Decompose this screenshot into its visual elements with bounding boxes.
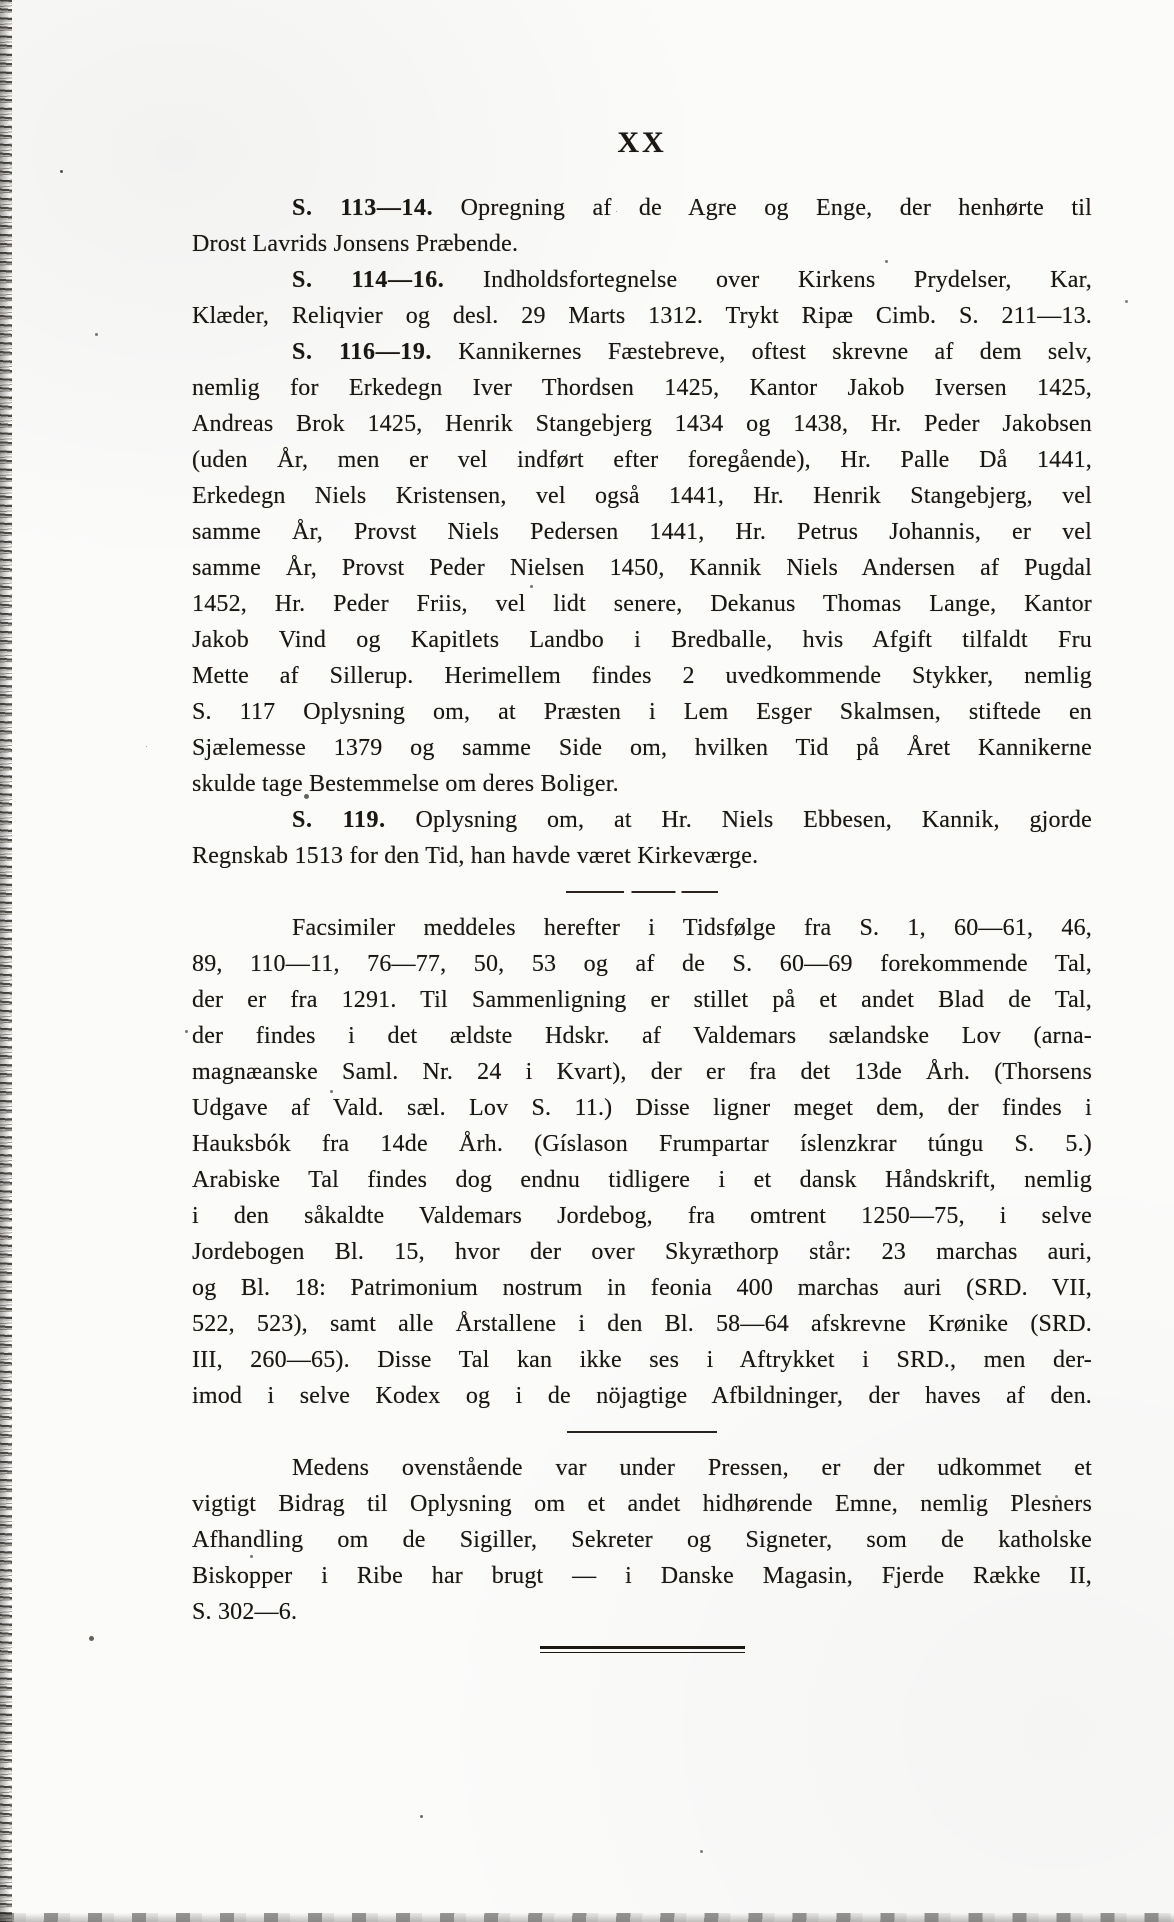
page-content: S. 113—14. Opregning af de Agre og Enge,… [192,190,1092,1653]
text-line: skulde tage Bestemmelse om deres Boliger… [192,766,1092,802]
text-line: Erkedegn Niels Kristensen, vel også 1441… [192,478,1092,514]
text-line: samme År, Provst Niels Pedersen 1441, Hr… [192,514,1092,550]
text-line: vigtigt Bidrag til Oplysning om et andet… [192,1486,1092,1522]
scanned-book-page: { "page": { "header": "XX", "sections": … [0,0,1174,1922]
text-run: Kannikernes Fæstebreve, oftest skrevne a… [432,339,1092,365]
text-line: Udgave af Vald. sæl. Lov S. 11.) Disse l… [192,1090,1092,1126]
scan-speck-artifacts [60,170,63,173]
text-run: Oplysning om, at Hr. Niels Ebbesen, Kann… [386,807,1092,833]
section-summaries: S. 113—14. Opregning af de Agre og Enge,… [192,190,1092,874]
paragraph: S. 114—16. Indholdsfortegnelse over Kirk… [192,262,1092,334]
divider-rule-1 [566,891,718,893]
end-double-rule [540,1646,745,1653]
text-line: magnæanske Saml. Nr. 24 i Kvart), der er… [192,1054,1092,1090]
text-line: der er fra 1291. Til Sammenligning er st… [192,982,1092,1018]
section-facsimiles: Facsimiler meddeles herefter i Tidsfølge… [192,910,1092,1414]
scan-edge-artifact [0,0,12,1922]
text-line: der findes i det ældste Hdskr. af Valdem… [192,1018,1092,1054]
text-line: 89, 110—11, 76—77, 50, 53 og af de S. 60… [192,946,1092,982]
text-line: Andreas Brok 1425, Henrik Stangebjerg 14… [192,406,1092,442]
text-line: Drost Lavrids Jonsens Præbende. [192,226,1092,262]
text-line: Facsimiler meddeles herefter i Tidsfølge… [192,910,1092,946]
text-line: Arabiske Tal findes dog endnu tidligere … [192,1162,1092,1198]
text-run: Opregning af de Agre og Enge, der henhør… [433,195,1092,221]
paragraph: S. 116—19. Kannikernes Fæstebreve, oftes… [192,334,1092,802]
text-line: Jakob Vind og Kapitlets Landbo i Bredbal… [192,622,1092,658]
text-line: S. 119. Oplysning om, at Hr. Niels Ebbes… [192,802,1092,838]
paragraph: Medens ovenstående var under Pressen, er… [192,1450,1092,1630]
text-line: Biskopper i Ribe har brugt — i Danske Ma… [192,1558,1092,1594]
text-line: Hauksbók fra 14de Årh. (Gíslason Frumpar… [192,1126,1092,1162]
text-line: samme År, Provst Peder Nielsen 1450, Kan… [192,550,1092,586]
section-ref-label: S. 119. [292,807,386,833]
section-ref-label: S. 113—14. [292,195,433,221]
text-line: III, 260—65). Disse Tal kan ikke ses i A… [192,1342,1092,1378]
page-number: XX [192,126,1092,160]
text-line: Sjælemesse 1379 og samme Side om, hvilke… [192,730,1092,766]
text-run: Indholdsfortegnelse over Kirkens Prydels… [444,267,1092,293]
text-line: (uden År, men er vel indført efter foreg… [192,442,1092,478]
paragraph: S. 113—14. Opregning af de Agre og Enge,… [192,190,1092,262]
text-line: Jordebogen Bl. 15, hvor der over Skyræth… [192,1234,1092,1270]
paragraph: Facsimiler meddeles herefter i Tidsfølge… [192,910,1092,1414]
section-ref-label: S. 114—16. [292,267,444,293]
text-line: Mette af Sillerup. Herimellem findes 2 u… [192,658,1092,694]
text-line: Regnskab 1513 for den Tid, han havde vær… [192,838,1092,874]
text-line: 522, 523), samt alle Årstallene i den Bl… [192,1306,1092,1342]
paragraph: S. 119. Oplysning om, at Hr. Niels Ebbes… [192,802,1092,874]
text-line: S. 114—16. Indholdsfortegnelse over Kirk… [192,262,1092,298]
text-line: S. 113—14. Opregning af de Agre og Enge,… [192,190,1092,226]
text-line: imod i selve Kodex og i de nöjagtige Afb… [192,1378,1092,1414]
text-line: og Bl. 18: Patrimonium nostrum in feonia… [192,1270,1092,1306]
text-line: 1452, Hr. Peder Friis, vel lidt senere, … [192,586,1092,622]
text-line: S. 116—19. Kannikernes Fæstebreve, oftes… [192,334,1092,370]
scan-bottom-artifact [0,1913,1174,1922]
text-line: i den såkaldte Valdemars Jordebog, fra o… [192,1198,1092,1234]
text-line: Medens ovenstående var under Pressen, er… [192,1450,1092,1486]
text-line: S. 302—6. [192,1594,1092,1630]
text-line: Afhandling om de Sigiller, Sekreter og S… [192,1522,1092,1558]
section-postscript: Medens ovenstående var under Pressen, er… [192,1450,1092,1630]
text-line: nemlig for Erkedegn Iver Thordsen 1425, … [192,370,1092,406]
text-line: S. 117 Oplysning om, at Præsten i Lem Es… [192,694,1092,730]
divider-rule-2 [567,1431,717,1433]
section-ref-label: S. 116—19. [292,339,432,365]
text-line: Klæder, Reliqvier og desl. 29 Marts 1312… [192,298,1092,334]
